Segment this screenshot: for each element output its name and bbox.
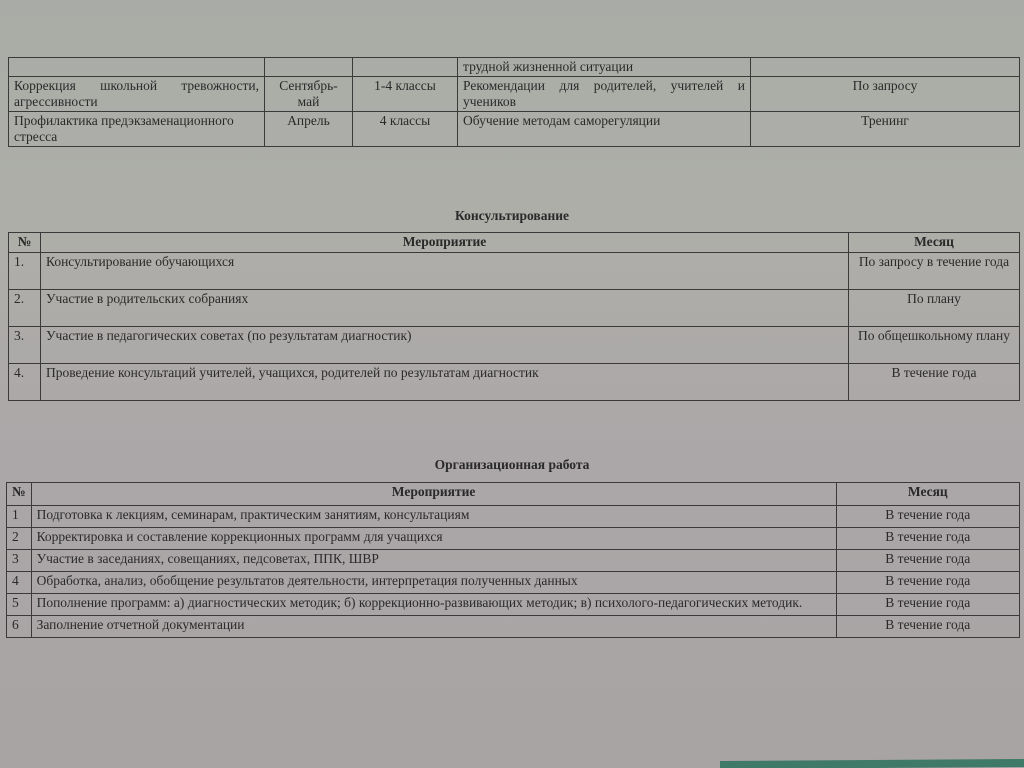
table-row: 4Обработка, анализ, обобщение результато… [7,572,1020,594]
row-number: 4 [7,572,32,594]
month-cell: В течение года [836,528,1019,550]
activity-cell: Корректировка и составление коррекционны… [31,528,836,550]
header-activity: Мероприятие [41,233,849,253]
activity-cell: Профилактика предэкзаменационного стресс… [9,112,265,147]
table-row: Профилактика предэкзаменационного стресс… [9,112,1020,147]
table-row: 2Корректировка и составление коррекционн… [7,528,1020,550]
month-cell: В течение года [836,550,1019,572]
table-row: 3Участие в заседаниях, совещаниях, педсо… [7,550,1020,572]
period-cell [265,58,353,77]
content-cell: Рекомендации для родителей, учителей и у… [458,77,751,112]
table-row: трудной жизненной ситуации [9,58,1020,77]
organizational-table: № Мероприятие Месяц 1Подготовка к лекция… [6,482,1020,638]
month-cell: В течение года [836,506,1019,528]
form-cell [751,58,1020,77]
period-cell: Апрель [265,112,353,147]
audience-cell: 1-4 классы [353,77,458,112]
activity-cell: Консультирование обучающихся [41,253,849,290]
month-cell: В течение года [849,364,1020,401]
form-cell: Тренинг [751,112,1020,147]
form-cell: По запросу [751,77,1020,112]
row-number: 4. [9,364,41,401]
row-number: 1. [9,253,41,290]
audience-cell: 4 классы [353,112,458,147]
header-num: № [7,483,32,506]
row-number: 5 [7,594,32,616]
row-number: 6 [7,616,32,638]
consulting-title: Консультирование [0,208,1024,224]
month-cell: В течение года [836,594,1019,616]
activity-cell: Заполнение отчетной документации [31,616,836,638]
organizational-title: Организационная работа [0,457,1024,473]
table-row: 4.Проведение консультаций учителей, учащ… [9,364,1020,401]
table-header-row: № Мероприятие Месяц [9,233,1020,253]
table-row: 1.Консультирование обучающихсяПо запросу… [9,253,1020,290]
period-cell: Сентябрь-май [265,77,353,112]
activity-cell: Проведение консультаций учителей, учащих… [41,364,849,401]
content-cell: Обучение методам саморегуляции [458,112,751,147]
audience-cell [353,58,458,77]
activity-cell: Участие в заседаниях, совещаниях, педсов… [31,550,836,572]
activity-cell: Участие в родительских собраниях [41,290,849,327]
activity-cell: Обработка, анализ, обобщение результатов… [31,572,836,594]
month-cell: По запросу в течение года [849,253,1020,290]
header-month: Месяц [849,233,1020,253]
consulting-table: № Мероприятие Месяц 1.Консультирование о… [8,232,1020,401]
table-row: 2.Участие в родительских собранияхПо пла… [9,290,1020,327]
month-cell: По общешкольному плану [849,327,1020,364]
row-number: 1 [7,506,32,528]
table-row: 1Подготовка к лекциям, семинарам, практи… [7,506,1020,528]
header-num: № [9,233,41,253]
activity-cell: Подготовка к лекциям, семинарам, практич… [31,506,836,528]
row-number: 2. [9,290,41,327]
row-number: 3. [9,327,41,364]
activity-cell: Участие в педагогических советах (по рез… [41,327,849,364]
table-row: 6Заполнение отчетной документацииВ течен… [7,616,1020,638]
header-activity: Мероприятие [31,483,836,506]
table-row: 3.Участие в педагогических советах (по р… [9,327,1020,364]
activity-cell: Пополнение программ: а) диагностических … [31,594,836,616]
activity-cell [9,58,265,77]
content-cell: трудной жизненной ситуации [458,58,751,77]
header-month: Месяц [836,483,1019,506]
table-header-row: № Мероприятие Месяц [7,483,1020,506]
activity-cell: Коррекция школьной тревожности, агрессив… [9,77,265,112]
desk-surface [720,759,1024,768]
month-cell: По плану [849,290,1020,327]
row-number: 3 [7,550,32,572]
table-row: 5Пополнение программ: а) диагностических… [7,594,1020,616]
correction-table: трудной жизненной ситуацииКоррекция школ… [8,57,1020,147]
row-number: 2 [7,528,32,550]
table-row: Коррекция школьной тревожности, агрессив… [9,77,1020,112]
month-cell: В течение года [836,616,1019,638]
month-cell: В течение года [836,572,1019,594]
